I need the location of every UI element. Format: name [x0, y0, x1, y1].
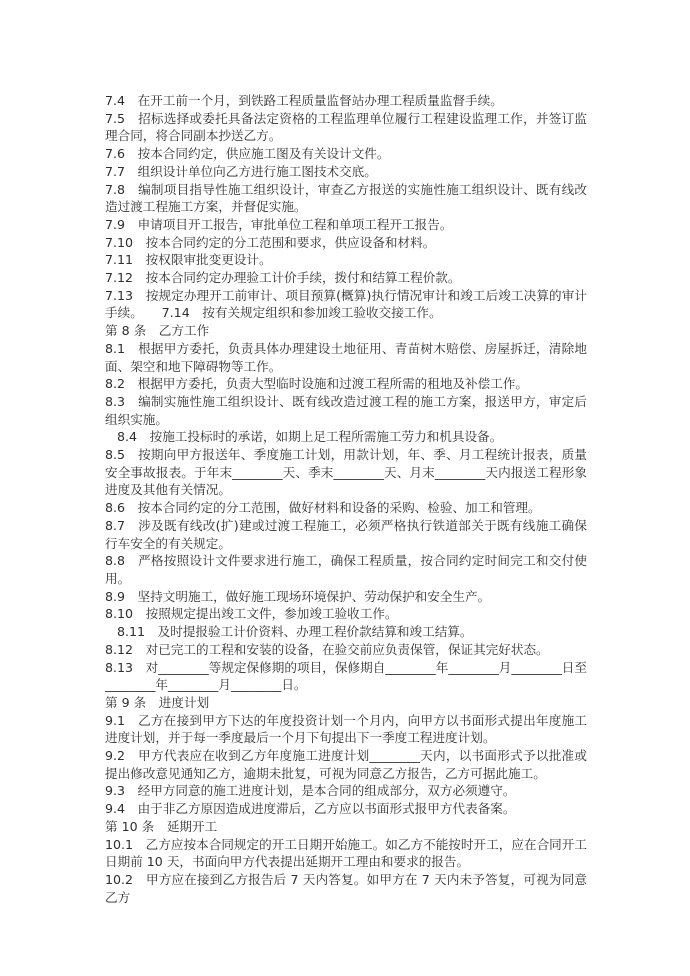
- clause-8-9: 8.9 坚持文明施工，做好施工现场环境保护、劳动保护和安全生产。: [105, 588, 587, 606]
- document-page: 7.4 在开工前一个月，到铁路工程质量监督站办理工程质量监督手续。 7.5 招标…: [105, 92, 587, 906]
- clause-8-1: 8.1 根据甲方委托，负责具体办理建设土地征用、青苗树木赔偿、房屋拆迁，清除地面…: [105, 340, 587, 375]
- clause-8-12: 8.12 对已完工的工程和安装的设备，在验交前应负责保管，保证其完好状态。: [105, 641, 587, 659]
- article-8-heading: 第 8 条 乙方工作: [105, 322, 587, 340]
- clause-7-5: 7.5 招标选择或委托具备法定资格的工程监理单位履行工程建设监理工作，并签订监理…: [105, 110, 587, 145]
- clause-8-13: 8.13 对________等规定保修期的项目，保修期自________年___…: [105, 659, 587, 694]
- clause-7-10: 7.10 按本合同约定的分工范围和要求，供应设备和材料。: [105, 234, 587, 252]
- article-10-heading: 第 10 条 延期开工: [105, 818, 587, 836]
- clause-9-4: 9.4 由于非乙方原因造成进度滞后，乙方应以书面形式报甲方代表备案。: [105, 800, 587, 818]
- clause-7-8: 7.8 编制项目指导性施工组织设计，审查乙方报送的实施性施工组织设计、既有线改造…: [105, 181, 587, 216]
- clause-8-3: 8.3 编制实施性施工组织设计、既有线改造过渡工程的施工方案，报送甲方，审定后组…: [105, 393, 587, 428]
- clause-8-8: 8.8 严格按照设计文件要求进行施工，确保工程质量，按合同约定时间完工和交付使用…: [105, 552, 587, 587]
- clause-8-5: 8.5 按期向甲方报送年、季度施工计划，用款计划，年、季、月工程统计报表，质量安…: [105, 446, 587, 499]
- clause-8-10: 8.10 按照规定提出竣工文件，参加竣工验收工作。: [105, 605, 587, 623]
- clause-7-9: 7.9 申请项目开工报告，审批单位工程和单项工程开工报告。: [105, 216, 587, 234]
- clause-7-4: 7.4 在开工前一个月，到铁路工程质量监督站办理工程质量监督手续。: [105, 92, 587, 110]
- clause-9-3: 9.3 经甲方同意的施工进度计划，是本合同的组成部分，双方必须遵守。: [105, 782, 587, 800]
- clause-7-13: 7.13 按规定办理开工前审计、项目预算(概算)执行情况审计和竣工后竣工决算的审…: [105, 287, 587, 322]
- clause-10-1: 10.1 乙方应按本合同规定的开工日期开始施工。如乙方不能按时开工，应在合同开工…: [105, 836, 587, 871]
- clause-8-4: 8.4 按施工投标时的承诺，如期上足工程所需施工劳力和机具设备。: [105, 428, 587, 446]
- article-9-heading: 第 9 条 进度计划: [105, 694, 587, 712]
- clause-9-1: 9.1 乙方在接到甲方下达的年度投资计划一个月内，向甲方以书面形式提出年度施工进…: [105, 712, 587, 747]
- clause-7-7: 7.7 组织设计单位向乙方进行施工图技术交底。: [105, 163, 587, 181]
- clause-7-11: 7.11 按权限审批变更设计。: [105, 251, 587, 269]
- clause-7-6: 7.6 按本合同约定，供应施工图及有关设计文件。: [105, 145, 587, 163]
- clause-7-12: 7.12 按本合同约定办理验工计价手续，拨付和结算工程价款。: [105, 269, 587, 287]
- clause-8-11: 8.11 及时提报验工计价资料、办理工程价款结算和竣工结算。: [105, 623, 587, 641]
- clause-8-2: 8.2 根据甲方委托，负责大型临时设施和过渡工程所需的租地及补偿工作。: [105, 375, 587, 393]
- clause-8-7: 8.7 涉及既有线改(扩)建或过渡工程施工，必须严格执行铁道部关于既有线施工确保…: [105, 517, 587, 552]
- clause-8-6: 8.6 按本合同约定的分工范围，做好材料和设备的采购、检验、加工和管理。: [105, 499, 587, 517]
- clause-10-2: 10.2 甲方应在接到乙方报告后 7 天内答复。如甲方在 7 天内未予答复，可视…: [105, 871, 587, 906]
- clause-9-2: 9.2 甲方代表应在收到乙方年度施工进度计划________天内，以书面形式予以…: [105, 747, 587, 782]
